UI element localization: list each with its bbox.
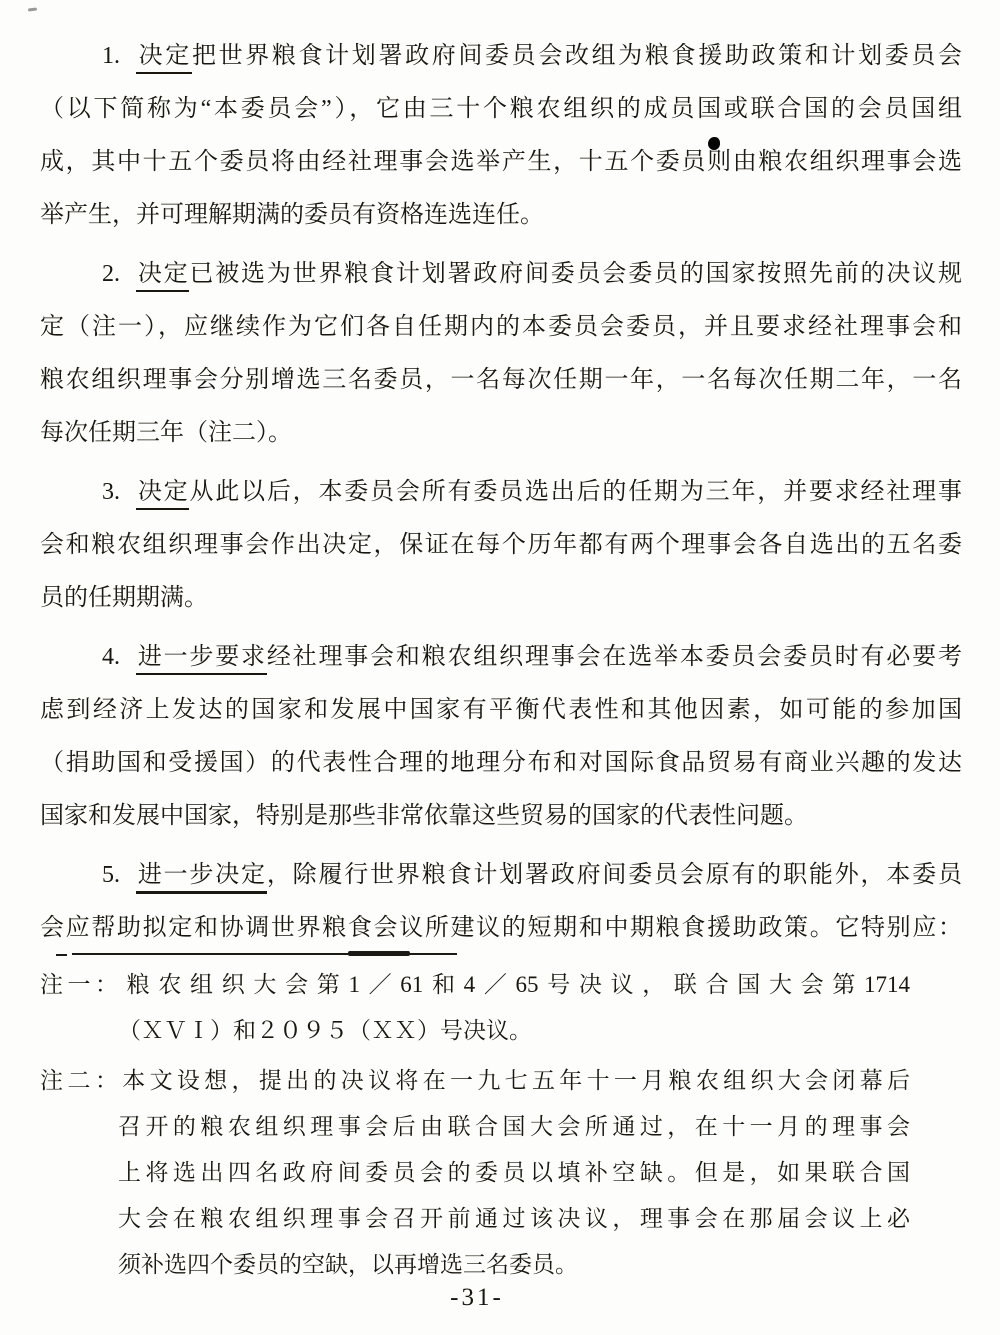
- footnote-1-text: 粮农组织大会第1／61和4／65号决议，联合国大会第1714: [118, 972, 910, 997]
- footnote-2-text: 本文设想，提出的决议将在一九七五年十一月粮农组织大会闭幕后: [118, 1068, 910, 1093]
- footnote-2: 注二：本文设想，提出的决议将在一九七五年十一月粮农组织大会闭幕后 召开的粮农组织…: [40, 1058, 910, 1288]
- footnote-separator-blot: [348, 951, 410, 956]
- footnote-2-line-4: 大会在粮农组织理事会召开前通过该决议，理事会在那届会议上必: [40, 1196, 910, 1242]
- paragraph-3-text: 从此以后，本委员会所有委员选出后的任期为三年，并要求经社理事: [189, 479, 962, 505]
- paragraph-5: 5.进一步决定，除履行世界粮食计划署政府间委员会原有的职能外，本委员 会应帮助拟…: [40, 849, 962, 955]
- paragraph-5-line-1: 5.进一步决定，除履行世界粮食计划署政府间委员会原有的职能外，本委员: [40, 849, 962, 902]
- paragraph-2-number: 2.: [102, 261, 120, 287]
- paragraph-5-lead-underlined: 进一步决定: [136, 862, 267, 894]
- footnote-separator-dash: [56, 954, 67, 956]
- paragraph-3: 3.决定从此以后，本委员会所有委员选出后的任期为三年，并要求经社理事 会和粮农组…: [40, 466, 962, 625]
- footnote-1-line-1: 注一：粮农组织大会第1／61和4／65号决议，联合国大会第1714: [40, 962, 910, 1008]
- footnote-2-line-3: 上将选出四名政府间委员会的委员以填补空缺。但是，如果联合国: [40, 1150, 910, 1196]
- paragraph-4: 4.进一步要求经社理事会和粮农组织理事会在选举本委员会委员时有必要考 虑到经济上…: [40, 631, 962, 843]
- paragraph-1-line-3: 成，其中十五个委员将由经社理事会选举产生，十五个委员则由粮农组织理事会选: [40, 136, 962, 189]
- paragraph-2-line-1: 2.决定已被选为世界粮食计划署政府间委员会委员的国家按照先前的决议规: [40, 248, 962, 301]
- paragraph-4-text: 经社理事会和粮农组织理事会在选举本委员会委员时有必要考: [267, 644, 962, 670]
- paragraph-2-line-3: 粮农组织理事会分别增选三名委员，一名每次任期一年，一名每次任期二年，一名: [40, 354, 962, 407]
- paragraph-2-line-2: 定（注一），应继续作为它们各自任期内的本委员会委员，并且要求经社理事会和: [40, 301, 962, 354]
- scan-speck: [28, 7, 37, 11]
- footnotes: 注一：粮农组织大会第1／61和4／65号决议，联合国大会第1714 （ＸＶＩ）和…: [40, 962, 910, 1288]
- paragraph-1-line-2: （以下简称为“本委员会”），它由三十个粮农组织的成员国或联合国的会员国组: [40, 83, 962, 136]
- page-number: -31-: [0, 1284, 1000, 1312]
- body-text: 1.决定把世界粮食计划署政府间委员会改组为粮食援助政策和计划委员会 （以下简称为…: [40, 30, 962, 961]
- footnote-2-line-2: 召开的粮农组织理事会后由联合国大会所通过，在十一月的理事会: [40, 1104, 910, 1150]
- footnote-2-line-1: 注二：本文设想，提出的决议将在一九七五年十一月粮农组织大会闭幕后: [40, 1058, 910, 1104]
- paragraph-2: 2.决定已被选为世界粮食计划署政府间委员会委员的国家按照先前的决议规 定（注一）…: [40, 248, 962, 460]
- paragraph-4-line-2: 虑到经济上发达的国家和发展中国家有平衡代表性和其他因素，如可能的参加国: [40, 684, 962, 737]
- paragraph-5-line-2: 会应帮助拟定和协调世界粮食会议所建议的短期和中期粮食援助政策。它特别应：: [40, 902, 962, 955]
- footnote-1: 注一：粮农组织大会第1／61和4／65号决议，联合国大会第1714 （ＸＶＩ）和…: [40, 962, 910, 1054]
- paragraph-2-lead-underlined: 决定: [136, 261, 189, 292]
- footnote-2-line-5: 须补选四个委员的空缺，以再增选三名委员。: [40, 1242, 910, 1288]
- paragraph-3-lead-underlined: 决定: [136, 479, 189, 510]
- paragraph-3-line-1: 3.决定从此以后，本委员会所有委员选出后的任期为三年，并要求经社理事: [40, 466, 962, 519]
- footnote-1-label: 注一：: [40, 962, 118, 1008]
- paragraph-1-line-1: 1.决定把世界粮食计划署政府间委员会改组为粮食援助政策和计划委员会: [40, 30, 962, 83]
- paragraph-1: 1.决定把世界粮食计划署政府间委员会改组为粮食援助政策和计划委员会 （以下简称为…: [40, 30, 962, 242]
- paragraph-1-line-4: 举产生，并可理解期满的委员有资格连选连任。: [40, 189, 962, 242]
- paragraph-4-number: 4.: [102, 644, 120, 670]
- paragraph-3-line-2: 会和粮农组织理事会作出决定，保证在每个历年都有两个理事会各自选出的五名委: [40, 519, 962, 572]
- paragraph-1-number: 1.: [102, 43, 120, 69]
- paragraph-3-number: 3.: [102, 479, 120, 505]
- document-page: 1.决定把世界粮食计划署政府间委员会改组为粮食援助政策和计划委员会 （以下简称为…: [0, 0, 1000, 1335]
- paragraph-2-text: 已被选为世界粮食计划署政府间委员会委员的国家按照先前的决议规: [189, 261, 962, 287]
- footnote-1-line-2: （ＸＶＩ）和２０９５（ＸＸ）号决议。: [40, 1008, 910, 1054]
- footnote-2-label: 注二：: [40, 1058, 118, 1104]
- paragraph-5-number: 5.: [102, 862, 120, 888]
- paragraph-1-text: 把世界粮食计划署政府间委员会改组为粮食援助政策和计划委员会: [192, 43, 962, 69]
- paragraph-4-lead-underlined: 进一步要求: [136, 644, 267, 675]
- paragraph-4-line-3: （捐助国和受援国）的代表性合理的地理分布和对国际食品贸易有商业兴趣的发达: [40, 737, 962, 790]
- paragraph-3-line-3: 员的任期期满。: [40, 572, 962, 625]
- paragraph-4-line-4: 国家和发展中国家，特别是那些非常依靠这些贸易的国家的代表性问题。: [40, 790, 962, 843]
- paragraph-4-line-1: 4.进一步要求经社理事会和粮农组织理事会在选举本委员会委员时有必要考: [40, 631, 962, 684]
- paragraph-5-text: ，除履行世界粮食计划署政府间委员会原有的职能外，本委员: [267, 862, 962, 888]
- paragraph-1-lead-underlined: 决定: [136, 43, 192, 74]
- paragraph-2-line-4: 每次任期三年（注二）。: [40, 407, 962, 460]
